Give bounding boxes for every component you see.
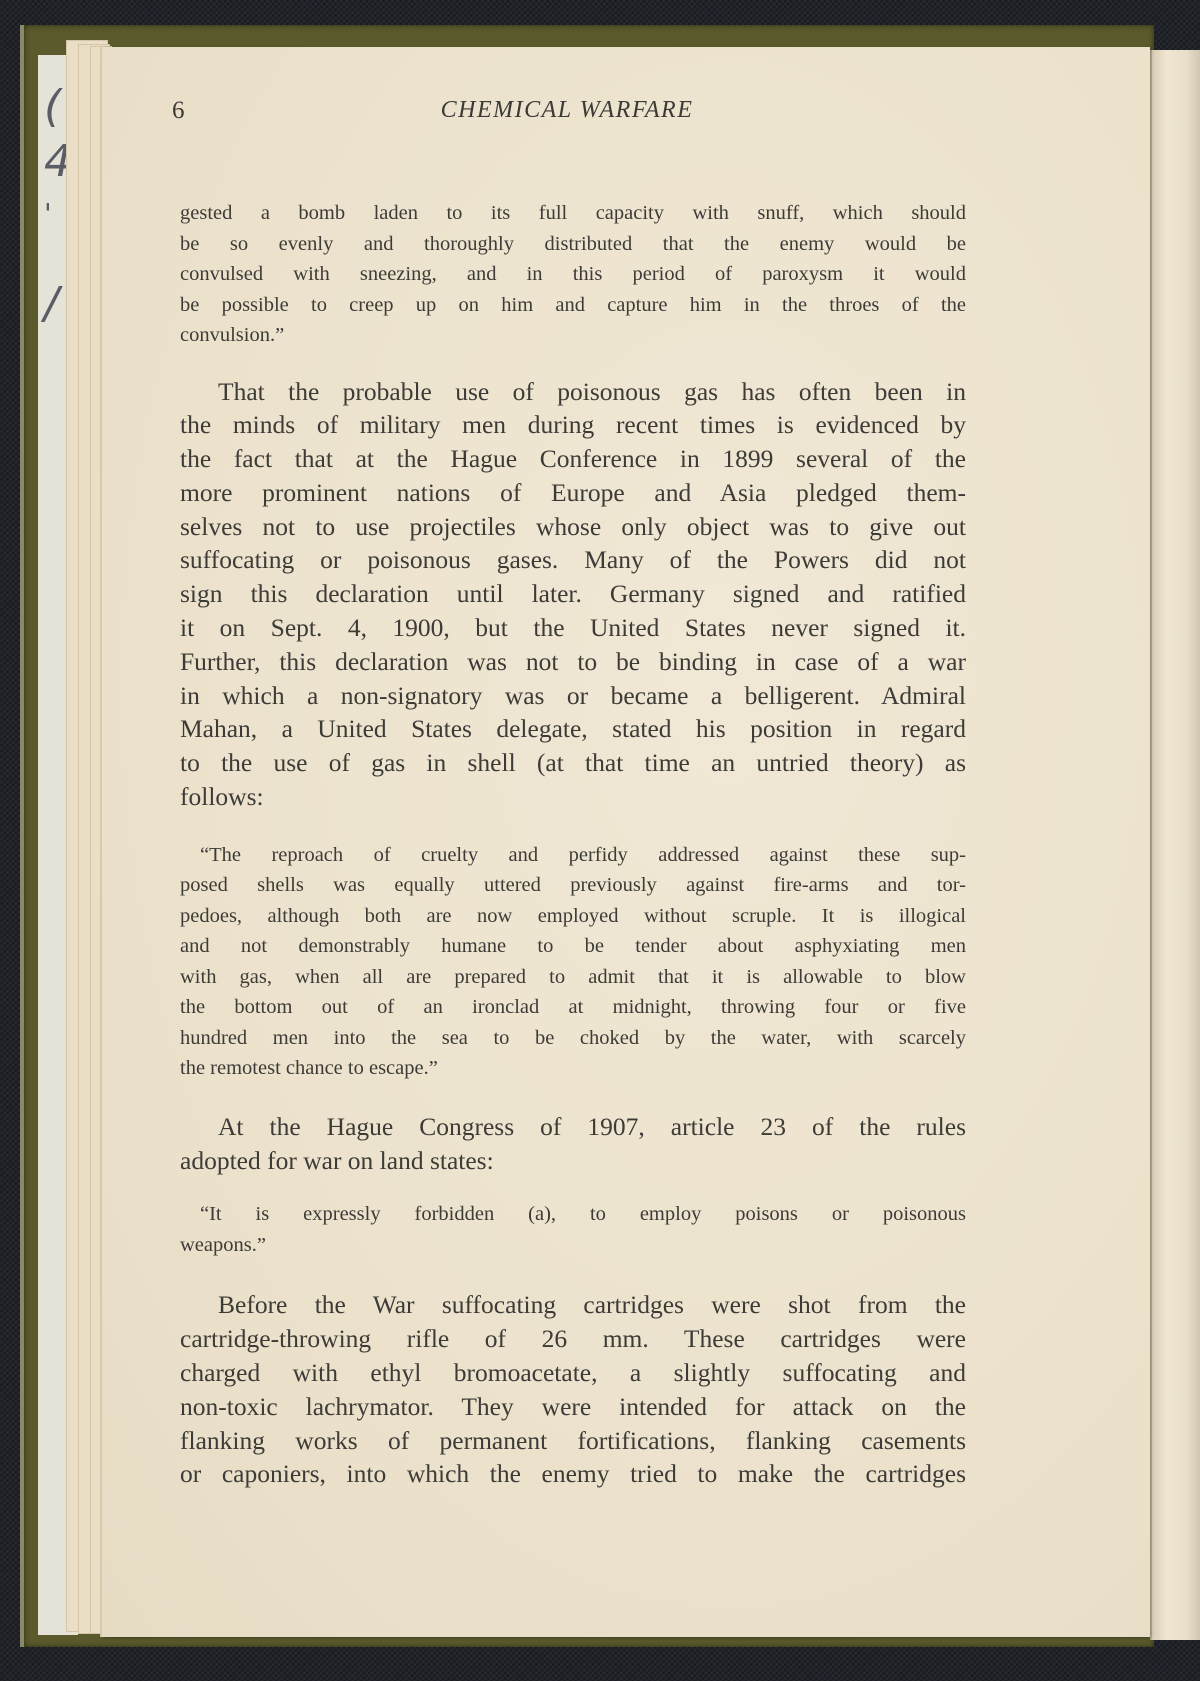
text-line: in which a non-signatory was or became a…: [180, 679, 966, 713]
text-line: gested a bomb laden to its full capacity…: [180, 198, 966, 229]
text-line: charged with ethyl bromoacetate, a sligh…: [180, 1356, 966, 1390]
text-line: At the Hague Congress of 1907, article 2…: [180, 1110, 966, 1144]
margin-handwriting-mark: ': [44, 200, 52, 228]
text-line: be possible to creep up on him and captu…: [180, 290, 966, 321]
text-line: the fact that at the Hague Conference in…: [180, 442, 966, 476]
text-line: cartridge-throwing rifle of 26 mm. These…: [180, 1322, 966, 1356]
text-line: Before the War suffocating cartridges we…: [180, 1288, 966, 1322]
text-line: adopted for war on land states:: [180, 1144, 966, 1178]
text-line: the bottom out of an ironclad at midnigh…: [180, 992, 966, 1023]
text-line: the remotest chance to escape.”: [180, 1053, 966, 1084]
margin-handwriting-mark: /: [44, 282, 59, 326]
text-line: the minds of military men during recent …: [180, 408, 966, 442]
block-quote: “The reproach of cruelty and perfidy add…: [180, 840, 966, 1084]
text-line: suffocating or poisonous gases. Many of …: [180, 543, 966, 577]
text-line: sign this declaration until later. Germa…: [180, 577, 966, 611]
block-quote: “It is expressly forbidden (a), to emplo…: [180, 1199, 966, 1260]
text-line: be so evenly and thoroughly distributed …: [180, 229, 966, 260]
text-line: Further, this declaration was not to be …: [180, 645, 966, 679]
running-title: CHEMICAL WARFARE: [172, 97, 962, 124]
body-paragraph: At the Hague Congress of 1907, article 2…: [180, 1110, 966, 1178]
margin-handwriting-mark: (: [44, 85, 61, 129]
text-line: convulsion.”: [180, 320, 966, 351]
body-paragraph: Before the War suffocating cartridges we…: [180, 1288, 966, 1491]
text-line: selves not to use projectiles whose only…: [180, 510, 966, 544]
body-paragraph: That the probable use of poisonous gas h…: [180, 375, 966, 814]
text-line: to the use of gas in shell (at that time…: [180, 746, 966, 780]
page-body: gested a bomb laden to its full capacity…: [180, 144, 966, 1491]
text-line: “It is expressly forbidden (a), to emplo…: [180, 1199, 966, 1230]
text-line: hundred men into the sea to be choked by…: [180, 1023, 966, 1054]
text-line: flanking works of permanent fortificatio…: [180, 1424, 966, 1458]
text-line: non-toxic lachrymator. They were intende…: [180, 1390, 966, 1424]
text-line: more prominent nations of Europe and Asi…: [180, 476, 966, 510]
text-line: pedoes, although both are now employed w…: [180, 901, 966, 932]
running-head: 6 CHEMICAL WARFARE: [172, 97, 962, 137]
text-line: Mahan, a United States delegate, stated …: [180, 712, 966, 746]
text-line: weapons.”: [180, 1230, 966, 1261]
text-line: follows:: [180, 780, 966, 814]
text-line: and not demonstrably humane to be tender…: [180, 931, 966, 962]
text-line: posed shells was equally uttered previou…: [180, 870, 966, 901]
text-line: it on Sept. 4, 1900, but the United Stat…: [180, 611, 966, 645]
text-line: “The reproach of cruelty and perfidy add…: [180, 840, 966, 871]
quote-continuation: gested a bomb laden to its full capacity…: [180, 198, 966, 351]
text-line: convulsed with sneezing, and in this per…: [180, 259, 966, 290]
text-line: with gas, when all are prepared to admit…: [180, 962, 966, 993]
text-line: or caponiers, into which the enemy tried…: [180, 1457, 966, 1491]
right-page-edges: [1150, 50, 1200, 1640]
text-line: That the probable use of poisonous gas h…: [180, 375, 966, 409]
